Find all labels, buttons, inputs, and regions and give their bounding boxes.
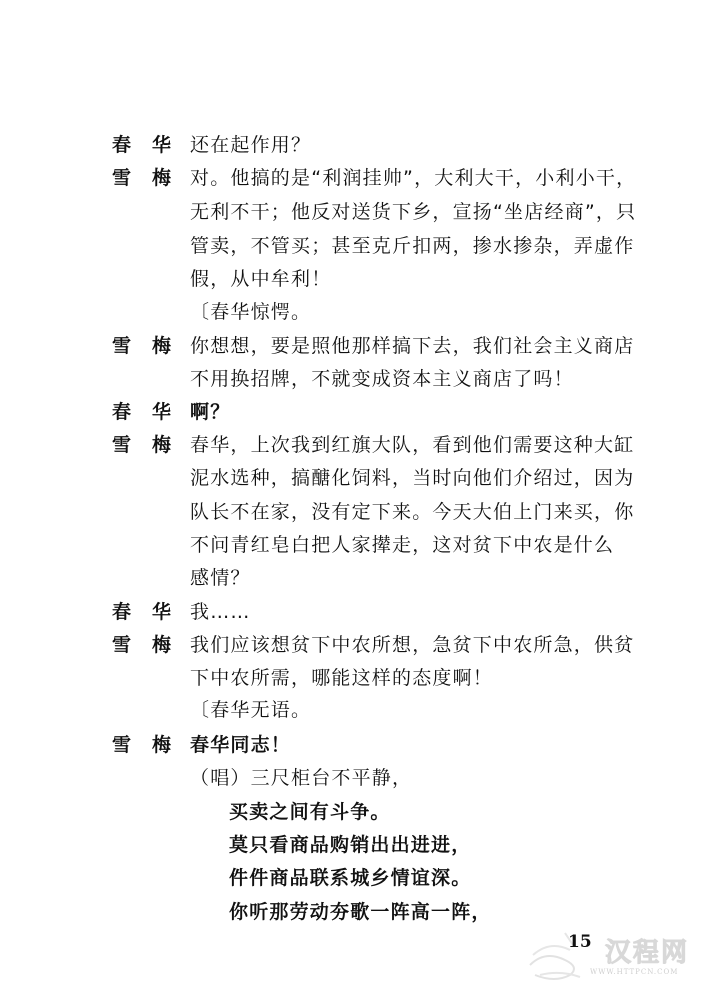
dialogue-text: 不问青红皂白把人家撵走，这对贫下中农是什么	[190, 530, 614, 560]
speaker-name: 雪	[112, 730, 131, 760]
speaker-name: 春	[112, 130, 131, 160]
speaker-name: 梅	[152, 730, 171, 760]
speaker-name: 雪	[112, 630, 131, 660]
dialogue-line: 泥水选种，搞醣化饲料，当时向他们介绍过，因为	[0, 463, 710, 493]
stage-direction-text: 〔春华无语。	[190, 695, 311, 725]
dialogue-text: 队长不在家，没有定下来。今天大伯上门来买，你	[190, 497, 634, 527]
watermark-text: 汉程网	[605, 932, 689, 969]
song-text: 你听那劳动夯歌一阵高一阵，	[229, 897, 492, 927]
speaker-name: 梅	[152, 163, 171, 193]
dialogue-text: 我们应该想贫下中农所想，急贫下中农所急，供贫	[190, 630, 634, 660]
speaker-name: 华	[152, 130, 171, 160]
speaker-name: 雪	[112, 430, 131, 460]
dialogue-text: 啊？	[190, 397, 230, 427]
page-number: 15	[568, 932, 592, 952]
dialogue-line: 假，从中牟利！	[0, 264, 710, 294]
song-text: 买卖之间有斗争。	[229, 797, 391, 827]
dialogue-text: 感情？	[190, 563, 251, 593]
speaker-name: 春	[112, 597, 131, 627]
dialogue-line: 不问青红皂白把人家撵走，这对贫下中农是什么	[0, 530, 710, 560]
speaker-name: 雪	[112, 163, 131, 193]
dialogue-line: 春华还在起作用？	[0, 130, 710, 160]
song-text: 件件商品联系城乡情谊深。	[229, 863, 471, 893]
speaker-name: 梅	[152, 430, 171, 460]
dialogue-text: 不用换招牌，不就变成资本主义商店了吗！	[190, 364, 574, 394]
song-text: （唱）三尺柜台不平静，	[190, 763, 412, 793]
dialogue-line: 感情？	[0, 563, 710, 593]
dialogue-text: 下中农所需，哪能这样的态度啊！	[190, 663, 493, 693]
dialogue-line: 不用换招牌，不就变成资本主义商店了吗！	[0, 364, 710, 394]
dialogue-text: 春华，上次我到红旗大队，看到他们需要这种大缸	[190, 430, 634, 460]
dialogue-line: 队长不在家，没有定下来。今天大伯上门来买，你	[0, 497, 710, 527]
dialogue-text: 还在起作用？	[190, 130, 311, 160]
speaker-name: 梅	[152, 331, 171, 361]
dialogue-text: 无利不干；他反对送货下乡，宣扬“坐店经商”，只	[190, 197, 636, 227]
song-text: 莫只看商品购销出出进进，	[229, 830, 471, 860]
dialogue-text: 管卖，不管买；甚至克斤扣两，掺水掺杂，弄虚作	[190, 231, 634, 261]
song-line: 件件商品联系城乡情谊深。	[0, 863, 710, 893]
dialogue-line: 无利不干；他反对送货下乡，宣扬“坐店经商”，只	[0, 197, 710, 227]
dialogue-line: 管卖，不管买；甚至克斤扣两，掺水掺杂，弄虚作	[0, 231, 710, 261]
speaker-name: 春	[112, 397, 131, 427]
dialogue-line: 春华我……	[0, 597, 710, 627]
watermark-url: WWW.HTTPCN.COM	[590, 968, 678, 976]
dialogue-text: 假，从中牟利！	[190, 264, 331, 294]
speaker-name: 华	[152, 597, 171, 627]
song-line: 莫只看商品购销出出进进，	[0, 830, 710, 860]
song-line: 你听那劳动夯歌一阵高一阵，	[0, 897, 710, 927]
dialogue-text: 春华同志！	[190, 730, 291, 760]
dialogue-text: 对。他搞的是“利润挂帅”，大利大干，小利小干，	[190, 163, 636, 193]
stage-direction-text: 〔春华惊愕。	[190, 297, 311, 327]
dialogue-line: 下中农所需，哪能这样的态度啊！	[0, 663, 710, 693]
dialogue-line: 雪梅你想想，要是照他那样搞下去，我们社会主义商店	[0, 331, 710, 361]
dialogue-line: 雪梅我们应该想贫下中农所想，急贫下中农所急，供贫	[0, 630, 710, 660]
speaker-name: 华	[152, 397, 171, 427]
dialogue-line: 雪梅春华同志！	[0, 730, 710, 760]
stage-direction: 〔春华无语。	[0, 695, 710, 725]
dialogue-text: 我……	[190, 597, 251, 627]
speaker-name: 梅	[152, 630, 171, 660]
dialogue-text: 你想想，要是照他那样搞下去，我们社会主义商店	[190, 331, 634, 361]
song-line: （唱）三尺柜台不平静，	[0, 763, 710, 793]
dialogue-line: 雪梅春华，上次我到红旗大队，看到他们需要这种大缸	[0, 430, 710, 460]
stage-direction: 〔春华惊愕。	[0, 297, 710, 327]
dialogue-line: 春华啊？	[0, 397, 710, 427]
song-line: 买卖之间有斗争。	[0, 797, 710, 827]
dialogue-line: 雪梅对。他搞的是“利润挂帅”，大利大干，小利小干，	[0, 163, 710, 193]
speaker-name: 雪	[112, 331, 131, 361]
dialogue-text: 泥水选种，搞醣化饲料，当时向他们介绍过，因为	[190, 463, 634, 493]
